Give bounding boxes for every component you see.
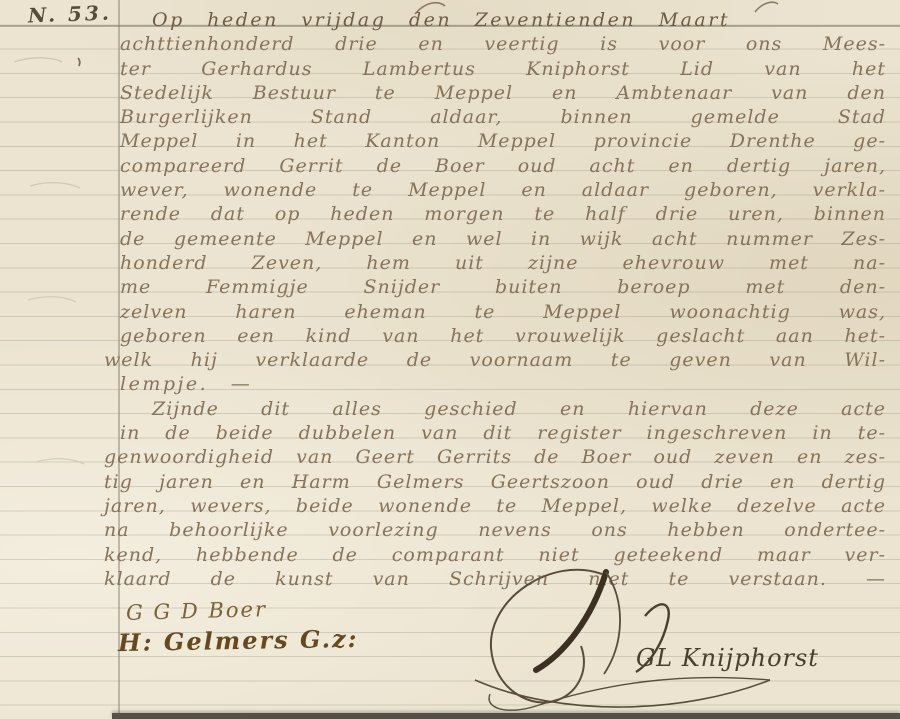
manuscript-line: achttienhonderd drie en veertig is voor … <box>104 32 886 56</box>
page-bottom-edge <box>112 713 900 719</box>
manuscript-line: compareerd Gerrit de Boer oud acht en de… <box>104 154 886 178</box>
signature-flourish-icon <box>475 570 770 710</box>
official-signature-name: GL Knijphorst <box>636 644 819 672</box>
manuscript-line: rende dat op heden morgen te half drie u… <box>104 202 886 226</box>
witness-signature-2: H: Gelmers G.z: <box>118 624 359 657</box>
manuscript-line: zelven haren eheman te Meppel woonachtig… <box>104 300 886 324</box>
manuscript-body: Op heden vrijdag den Zeventienden Maart … <box>104 8 886 591</box>
witness-signature-1: G G D Boer <box>126 597 268 625</box>
manuscript-line: genwoordigheid van Geert Gerrits de Boer… <box>104 445 886 469</box>
manuscript-line: in de beide dubbelen van dit register in… <box>104 421 886 445</box>
manuscript-line: lempje. — <box>104 372 886 396</box>
manuscript-line: Meppel in het Kanton Meppel provincie Dr… <box>104 129 886 153</box>
manuscript-line: tig jaren en Harm Gelmers Geertszoon oud… <box>104 470 886 494</box>
margin-pencil-marks <box>0 0 118 719</box>
manuscript-line: de gemeente Meppel en wel in wijk acht n… <box>104 227 886 251</box>
manuscript-line: honderd Zeven, hem uit zijne ehevrouw me… <box>104 251 886 275</box>
official-signature: GL Knijphorst <box>440 558 820 718</box>
manuscript-line: Zijnde dit alles geschied en hiervan dez… <box>104 397 886 421</box>
manuscript-line: me Femmigje Snijder buiten beroep met de… <box>104 275 886 299</box>
manuscript-line: na behoorlijke voorlezing nevens ons heb… <box>104 518 886 542</box>
scanned-register-page: N. 53. Op heden vrijdag den Zeventienden… <box>0 0 900 719</box>
manuscript-line: geboren een kind van het vrouwelijk gesl… <box>104 324 886 348</box>
manuscript-line: Op heden vrijdag den Zeventienden Maart <box>104 8 886 32</box>
manuscript-line: wever, wonende te Meppel en aldaar gebor… <box>104 178 886 202</box>
manuscript-line: jaren, wevers, beide wonende te Meppel, … <box>104 494 886 518</box>
manuscript-line: Burgerlijken Stand aldaar, binnen gemeld… <box>104 105 886 129</box>
act-number: N. 53. <box>28 1 113 28</box>
manuscript-line: ter Gerhardus Lambertus Kniphorst Lid va… <box>104 57 886 81</box>
manuscript-line: Stedelijk Bestuur te Meppel en Ambtenaar… <box>104 81 886 105</box>
manuscript-line: welk hij verklaarde de voornaam te geven… <box>104 348 886 372</box>
